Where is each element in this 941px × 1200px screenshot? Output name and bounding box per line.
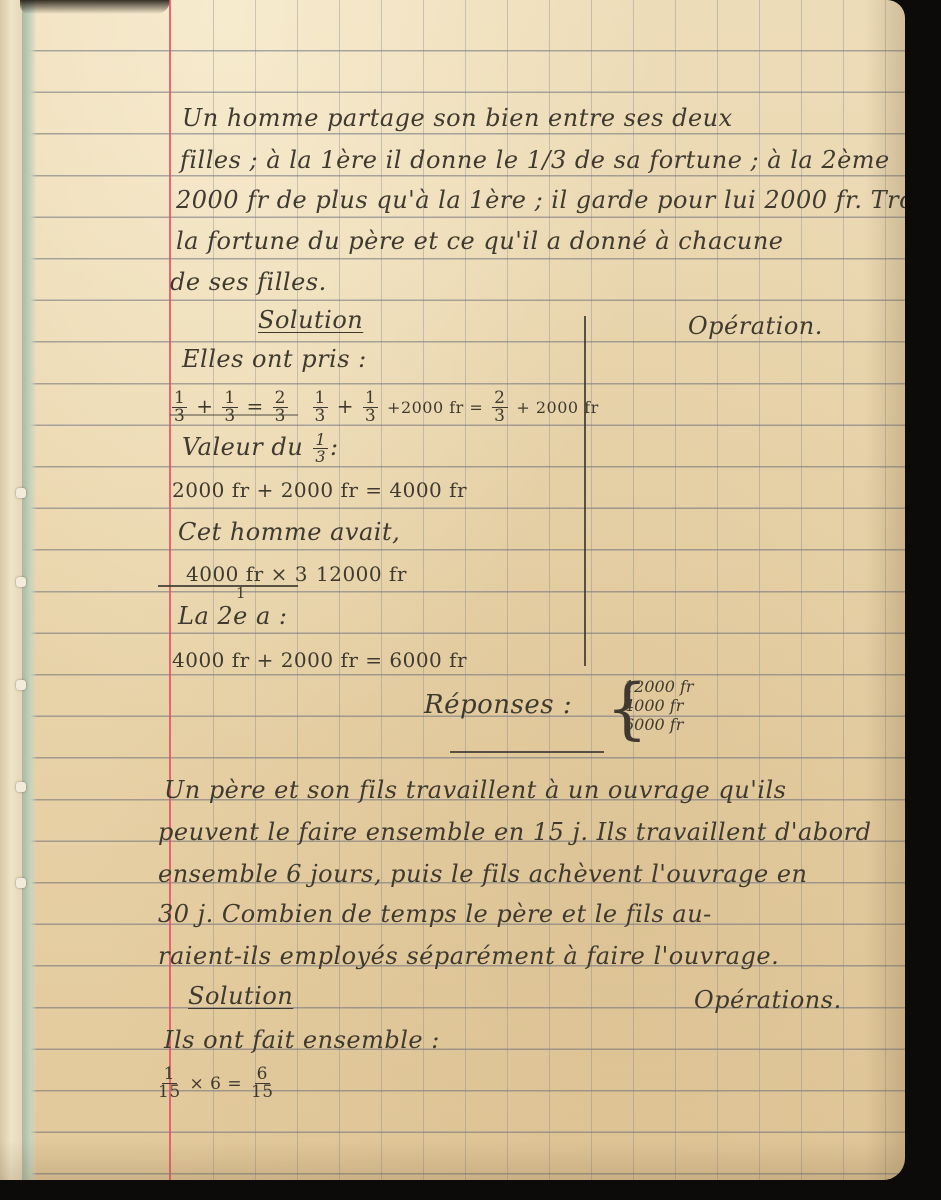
problem1-line-2: filles ; à la 1ère il donne le 1/3 de sa… <box>180 146 890 174</box>
binding-stitch-icon <box>16 782 26 792</box>
fraction-bar <box>158 585 298 587</box>
page-edge-shade <box>0 1140 905 1180</box>
answers-list: 12000 fr 4000 fr 6000 fr <box>624 678 694 734</box>
notebook-binding <box>0 0 23 1180</box>
fraction-denominator: 3 <box>275 408 286 425</box>
strike-line <box>170 414 298 416</box>
problem1-line-3: 2000 fr de plus qu'à la 1ère ; il garde … <box>176 186 905 214</box>
step2-expression: 2000 fr + 2000 fr = 4000 fr <box>172 478 467 502</box>
expression-text: +2000 fr = <box>387 398 483 417</box>
fraction-denominator: 3 <box>315 408 326 425</box>
fraction-denominator: 15 <box>158 1084 181 1101</box>
fraction-denominator: 15 <box>251 1084 274 1101</box>
fraction-denominator: 3 <box>494 408 505 425</box>
problem2-operations-heading: Opérations. <box>694 986 842 1014</box>
problem2-solution-heading: Solution <box>188 982 293 1010</box>
step1-expression: 13 + 13 = 23 13 + 13 +2000 fr = 23 + 200… <box>170 390 599 425</box>
step3-numerator: 4000 fr × 3 <box>186 562 308 586</box>
step4-expression: 4000 fr + 2000 fr = 6000 fr <box>172 648 467 672</box>
fraction-denominator: 3 <box>174 408 185 425</box>
section-separator <box>450 751 604 753</box>
step4-label: La 2e a : <box>178 602 288 630</box>
answer-fortune: 12000 fr <box>624 678 694 696</box>
step3-label: Cet homme avait, <box>178 518 400 546</box>
step2-label: Valeur du 13: <box>182 432 339 465</box>
notebook-page: Un homme partage son bien entre ses deux… <box>0 0 905 1180</box>
step2-label-text: Valeur du <box>182 433 303 461</box>
expression-text: + 2000 fr <box>516 398 598 417</box>
problem2-step1-expression: 115 × 6 = 615 <box>156 1066 276 1101</box>
fraction-denominator: 3 <box>315 449 326 465</box>
problem1-line-4: la fortune du père et ce qu'il a donné à… <box>176 227 783 255</box>
problem2-line-3: ensemble 6 jours, puis le fils achèvent … <box>158 860 808 888</box>
answer-first-daughter: 4000 fr <box>624 697 694 715</box>
binding-stitch-icon <box>16 488 26 498</box>
binding-stitch-icon <box>16 680 26 690</box>
plus-sign: + <box>337 394 354 418</box>
problem2-step1-label: Ils ont fait ensemble : <box>164 1026 440 1054</box>
step3-result: 12000 fr <box>316 562 407 586</box>
fraction-denominator: 3 <box>365 408 376 425</box>
problem1-line-5: de ses filles. <box>170 268 327 296</box>
problem2-line-5: raient-ils employés séparément à faire l… <box>158 942 779 970</box>
page-edge-shade <box>865 0 905 1180</box>
colon: : <box>330 433 339 461</box>
step1-label: Elles ont pris : <box>182 345 367 373</box>
problem1-line-1: Un homme partage son bien entre ses deux <box>182 104 733 132</box>
solution-operations-divider <box>584 316 586 666</box>
problem2-line-4: 30 j. Combien de temps le père et le fil… <box>158 900 712 928</box>
fraction-denominator: 3 <box>224 408 235 425</box>
answers-label: Réponses : <box>424 690 572 720</box>
multiply-expression: × 6 = <box>190 1074 243 1094</box>
problem1-operations-heading: Opération. <box>688 312 823 340</box>
problem2-line-2: peuvent le faire ensemble en 15 j. Ils t… <box>158 818 871 846</box>
binding-stitch-icon <box>16 878 26 888</box>
step3-denominator: 1 <box>236 584 246 602</box>
binding-stitch-icon <box>16 577 26 587</box>
binding-cloth-strip <box>22 0 36 1180</box>
answer-second-daughter: 6000 fr <box>624 716 694 734</box>
page-shadow <box>20 0 170 14</box>
red-margin-line <box>169 0 171 1180</box>
problem2-line-1: Un père et son fils travaillent à un ouv… <box>164 776 786 804</box>
problem1-solution-heading: Solution <box>258 306 363 334</box>
